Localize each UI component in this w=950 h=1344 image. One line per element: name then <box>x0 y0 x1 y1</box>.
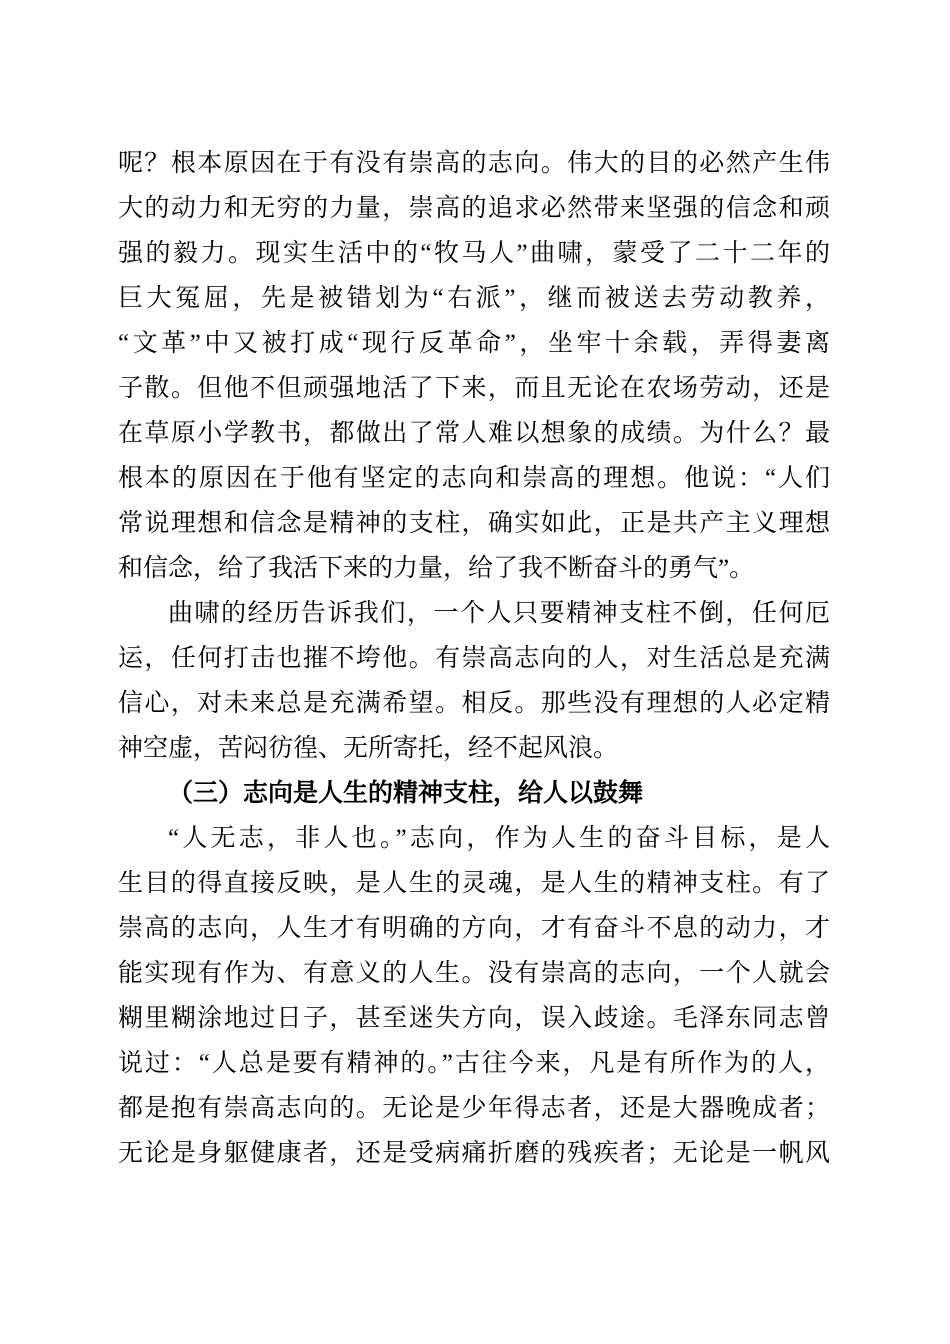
text-line: 和信念，给了我活下来的力量，给了我不断奋斗的勇气”。 <box>118 546 830 591</box>
text-line: 强的毅力。现实生活中的“牧马人”曲啸，蒙受了二十二年的 <box>118 231 830 276</box>
text-line: 能实现有作为、有意义的人生。没有崇高的志向，一个人就会 <box>118 951 830 996</box>
text-line: 运，任何打击也摧不垮他。有崇高志向的人，对生活总是充满 <box>118 636 830 681</box>
text-line: 说过：“人总是要有精神的。”古往今来，凡是有所作为的人， <box>118 1041 830 1086</box>
text-line: 根本的原因在于他有坚定的志向和崇高的理想。他说：“人们 <box>118 456 830 501</box>
text-line: 信心，对未来总是充满希望。相反。那些没有理想的人必定精 <box>118 681 830 726</box>
text-line: 大的动力和无穷的力量，崇高的追求必然带来坚强的信念和顽 <box>118 186 830 231</box>
text-line: 曲啸的经历告诉我们，一个人只要精神支柱不倒，任何厄 <box>118 591 830 636</box>
text-line: 呢？根本原因在于有没有崇高的志向。伟大的目的必然产生伟 <box>118 141 830 186</box>
text-line: 在草原小学教书，都做出了常人难以想象的成绩。为什么？最 <box>118 411 830 456</box>
text-line: 神空虚，苦闷彷徨、无所寄托，经不起风浪。 <box>118 726 830 771</box>
text-line: 都是抱有崇高志向的。无论是少年得志者，还是大器晚成者； <box>118 1086 830 1131</box>
text-line: 生目的得直接反映，是人生的灵魂，是人生的精神支柱。有了 <box>118 861 830 906</box>
text-line: “文革”中又被打成“现行反革命”，坐牢十余载，弄得妻离 <box>118 321 830 366</box>
text-line: 巨大冤屈，先是被错划为“右派”，继而被送去劳动教养， <box>118 276 830 321</box>
text-line: 崇高的志向，人生才有明确的方向，才有奋斗不息的动力，才 <box>118 906 830 951</box>
text-line: “人无志，非人也。”志向，作为人生的奋斗目标，是人 <box>118 816 830 861</box>
text-line: 糊里糊涂地过日子，甚至迷失方向，误入歧途。毛泽东同志曾 <box>118 996 830 1041</box>
text-line: 常说理想和信念是精神的支柱，确实如此，正是共产主义理想 <box>118 501 830 546</box>
text-block: 呢？根本原因在于有没有崇高的志向。伟大的目的必然产生伟大的动力和无穷的力量，崇高… <box>118 141 830 1176</box>
text-line: 子散。但他不但顽强地活了下来，而且无论在农场劳动，还是 <box>118 366 830 411</box>
document-page: 呢？根本原因在于有没有崇高的志向。伟大的目的必然产生伟大的动力和无穷的力量，崇高… <box>0 0 950 1344</box>
section-heading: （三）志向是人生的精神支柱，给人以鼓舞 <box>118 771 830 816</box>
text-line: 无论是身躯健康者，还是受病痛折磨的残疾者；无论是一帆风 <box>118 1131 830 1176</box>
